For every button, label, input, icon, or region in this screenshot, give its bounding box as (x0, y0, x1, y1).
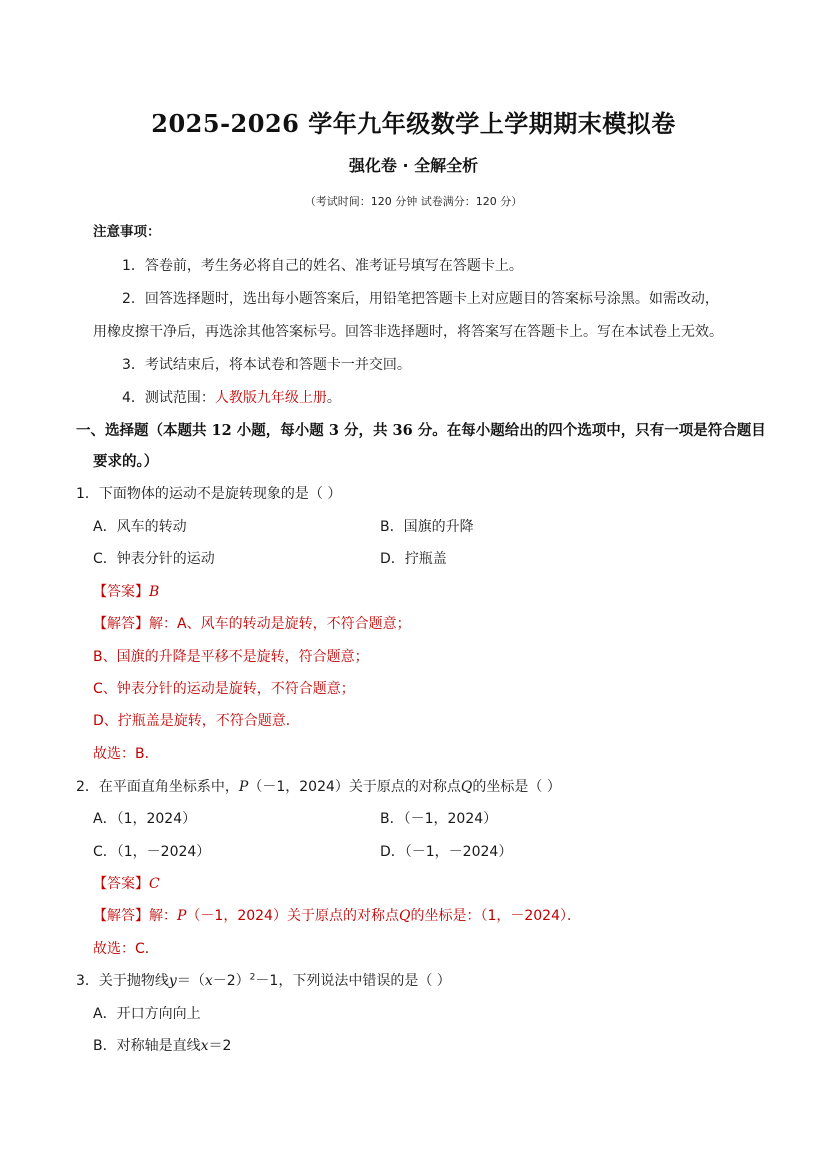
answer-value: C (149, 876, 160, 892)
section-heading-line-1: 一、选择题（本题共 12 小题，每小题 3 分，共 36 分。在每小题给出的四个… (76, 421, 766, 441)
answer-label: 【答案】 (93, 584, 149, 600)
option-text: ＝2 (209, 1038, 232, 1054)
question-1-option-b: B．国旗的升降 (380, 517, 474, 537)
variable-p: P (177, 908, 186, 924)
question-1-analysis-line-4: D、拧瓶盖是旋转，不符合题意． (93, 711, 300, 731)
question-1-conclusion: 故选：B． (93, 744, 159, 764)
stem-text: 3．关于抛物线 (76, 973, 169, 989)
stem-text: －1，下列说法中错误的是（ ） (255, 973, 450, 989)
question-3-option-b: B．对称轴是直线x＝2 (93, 1036, 231, 1056)
question-1-option-d: D．拧瓶盖 (380, 549, 447, 569)
question-1-analysis-line-3: C、钟表分针的运动是旋转，不符合题意； (93, 679, 355, 699)
question-1-answer: 【答案】B (93, 582, 159, 602)
question-1-analysis-line-2: B、国旗的升降是平移不是旋转，符合题意； (93, 647, 369, 667)
document-page: 2025-2026 学年九年级数学上学期期末模拟卷 强化卷 · 全解全析 （考试… (0, 0, 827, 1169)
variable-x: x (205, 973, 213, 989)
note-item-2: 2．回答选择题时，选出每小题答案后，用铅笔把答题卡上对应题目的答案标号涂黑。如需… (122, 289, 719, 309)
scope-value: 人教版九年级上册 (215, 390, 327, 406)
analysis-text: 解： (149, 908, 177, 924)
analysis-text: （－1，2024）关于原点的对称点 (186, 908, 399, 924)
variable-y: y (169, 973, 177, 989)
question-1-option-a: A．风车的转动 (93, 517, 187, 537)
question-2-answer: 【答案】C (93, 874, 160, 894)
variable-q: Q (399, 908, 410, 924)
analysis-label: 【解答】 (93, 908, 149, 924)
note-item-2-continued: 用橡皮擦干净后，再选涂其他答案标号。回答非选择题时，将答案写在答题卡上。写在本试… (93, 322, 723, 342)
question-2-option-d: D．（－1，－2024） (380, 842, 512, 862)
question-3-option-a: A．开口方向向上 (93, 1004, 201, 1024)
analysis-text: 解：A、风车的转动是旋转，不符合题意； (149, 616, 411, 632)
section-heading-line-2: 要求的。） (93, 452, 158, 472)
question-1-stem: 1．下面物体的运动不是旋转现象的是（ ） (76, 484, 341, 504)
question-1-analysis-line-1: 【解答】解：A、风车的转动是旋转，不符合题意； (93, 614, 411, 634)
document-subtitle: 强化卷 · 全解全析 (0, 153, 827, 176)
question-2-analysis: 【解答】解：P（－1，2024）关于原点的对称点Q的坐标是：（1，－2024）． (93, 906, 581, 926)
question-2-option-c: C．（1，－2024） (93, 842, 210, 862)
scope-label: 4．测试范围： (122, 390, 215, 406)
note-item-4: 4．测试范围：人教版九年级上册。 (122, 388, 341, 408)
answer-value: B (149, 584, 159, 600)
stem-text: ＝（ (177, 973, 205, 989)
analysis-text: 的坐标是：（1，－2024）． (410, 908, 581, 924)
question-3-stem: 3．关于抛物线y＝（x－2）2－1，下列说法中错误的是（ ） (76, 971, 451, 991)
question-2-option-a: A．（1，2024） (93, 809, 196, 829)
question-2-option-b: B．（－1，2024） (380, 809, 497, 829)
note-item-1: 1．答卷前，考生务必将自己的姓名、准考证号填写在答题卡上。 (122, 256, 523, 276)
note-item-3: 3．考试结束后，将本试卷和答题卡一并交回。 (122, 355, 411, 375)
stem-text: （－1，2024）关于原点的对称点 (248, 779, 461, 795)
analysis-label: 【解答】 (93, 616, 149, 632)
option-text: B．对称轴是直线 (93, 1038, 201, 1054)
variable-x: x (201, 1038, 209, 1054)
answer-label: 【答案】 (93, 876, 149, 892)
stem-text: －2） (213, 973, 250, 989)
question-1-option-c: C．钟表分针的运动 (93, 549, 215, 569)
exam-info: （考试时间：120 分钟 试卷满分：120 分） (0, 193, 827, 209)
variable-p: P (239, 779, 248, 795)
scope-suffix: 。 (327, 390, 341, 406)
document-title: 2025-2026 学年九年级数学上学期期末模拟卷 (0, 104, 827, 139)
notes-heading: 注意事项： (93, 222, 161, 242)
question-2-stem: 2．在平面直角坐标系中，P（－1，2024）关于原点的对称点Q的坐标是（ ） (76, 777, 561, 797)
variable-q: Q (461, 779, 472, 795)
stem-text: 的坐标是（ ） (472, 779, 560, 795)
question-2-conclusion: 故选：C． (93, 939, 159, 959)
stem-text: 2．在平面直角坐标系中， (76, 779, 239, 795)
